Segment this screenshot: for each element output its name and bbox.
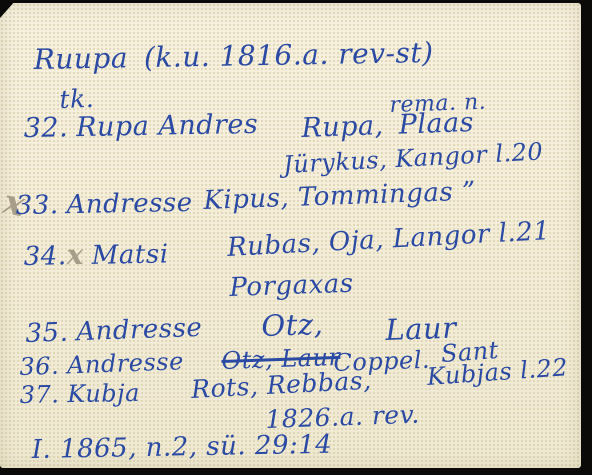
scan-background: Ruupa(k.u. 1816.a. rev-st) tk. rema. n. … bbox=[0, 0, 592, 475]
entry-name: Andresse bbox=[66, 188, 193, 220]
title-note: tk. bbox=[59, 84, 95, 114]
entry-36-number-name: 36.Andresse bbox=[19, 347, 184, 381]
entry-number: 33. bbox=[15, 190, 58, 221]
entry-35-number-name: 35.Andresse bbox=[25, 313, 203, 349]
entry-32-detail-1: Rupa, Plaas bbox=[301, 107, 475, 144]
card-title-line: Ruupa(k.u. 1816.a. rev-st) bbox=[33, 36, 433, 76]
index-card: Ruupa(k.u. 1816.a. rev-st) tk. rema. n. … bbox=[0, 3, 581, 468]
entry-37-number-name: 37.Kubja bbox=[20, 379, 141, 409]
entry-number: 35. bbox=[25, 318, 69, 349]
entry-34-number-name: 34.xMatsi bbox=[23, 236, 168, 272]
entry-name: Andresse bbox=[76, 313, 203, 347]
entry-number: 37. bbox=[20, 380, 60, 409]
entry-33-detail-1: Kipus, Tommingas ” bbox=[203, 177, 476, 216]
entry-32-detail-2: Jürykus, Kangor l.20 bbox=[283, 137, 544, 179]
entry-34-detail-2: Porgaxas bbox=[229, 269, 354, 303]
place-name-title: Ruupa bbox=[33, 41, 128, 76]
entry-33-number-name: 33.Andresse bbox=[15, 188, 192, 221]
entry-34-detail-1: Rubas, Oja, Langor l.21 bbox=[226, 216, 551, 263]
entry-name: Kubja bbox=[67, 379, 140, 408]
archive-reference-line: I. 1865, n.2, sü. 29:14 bbox=[31, 430, 332, 465]
entry-35-detail-1: Otz, bbox=[261, 307, 324, 343]
entry-37-detail-1: Rots, Rebbas, bbox=[190, 366, 372, 404]
entry-name: Rupa Andres bbox=[76, 109, 259, 143]
entry-number: 32. bbox=[23, 112, 68, 144]
entry-name: Andresse bbox=[67, 347, 185, 379]
title-parenthetical: (k.u. 1816.a. rev-st) bbox=[144, 36, 434, 74]
entry-34-pencil-mark: x bbox=[66, 238, 84, 271]
entry-number: 34. bbox=[23, 241, 66, 272]
entry-number: 36. bbox=[19, 352, 60, 381]
revision-note: 1826.a. rev. bbox=[265, 400, 420, 434]
entry-name: Matsi bbox=[92, 239, 169, 270]
entry-32-number-name: 32.Rupa Andres bbox=[23, 109, 258, 144]
